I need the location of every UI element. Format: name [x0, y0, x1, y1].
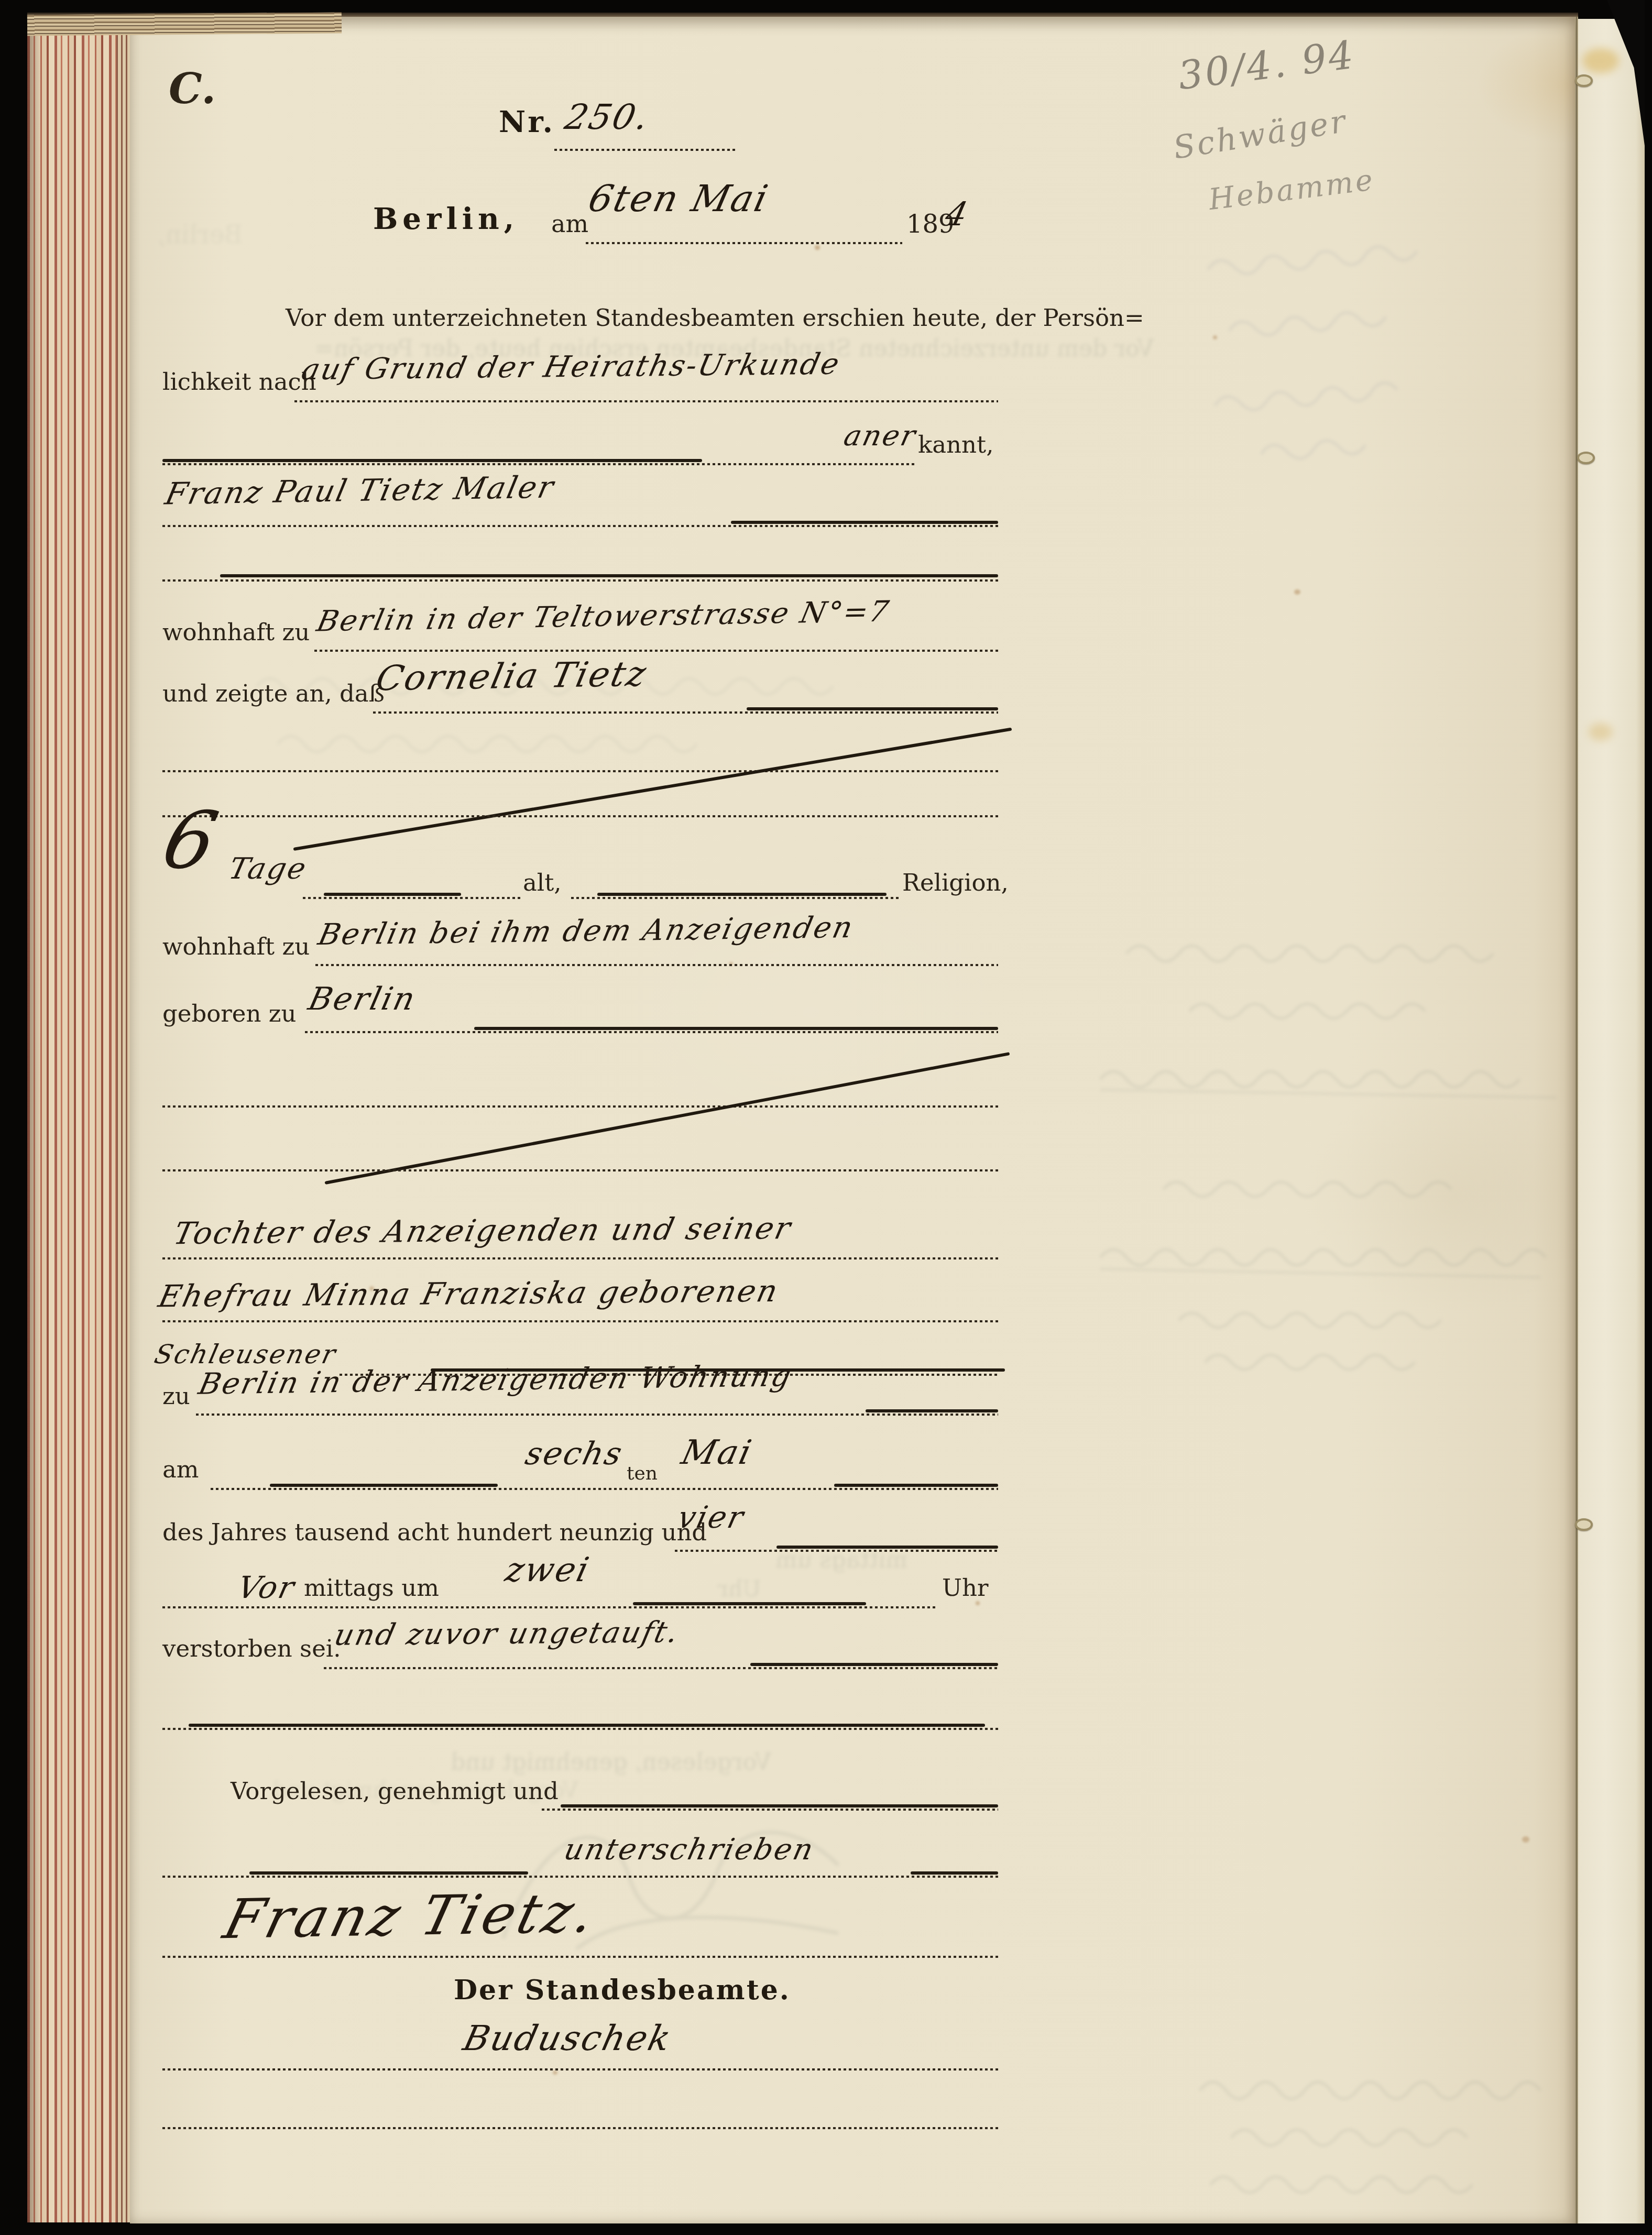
record-number-label: Nr.: [499, 105, 555, 139]
dotted-fill-line: [162, 2127, 998, 2129]
dotted-fill-line: [294, 400, 998, 402]
parents-line1-handwritten: Tochter des Anzeigenden und seiner: [170, 1210, 795, 1251]
dotted-fill-line: [162, 1876, 998, 1878]
death-year-printed: des Jahres tausend acht hundert neunzig …: [162, 1518, 707, 1546]
born-label: geboren zu: [162, 1000, 296, 1027]
death-month-handwritten: Mai: [677, 1433, 756, 1472]
page-stack-top: [27, 12, 342, 36]
died-note-handwritten: und zuvor ungetauft.: [331, 1615, 683, 1652]
bleed-through-handwriting: [1095, 917, 1567, 1378]
identity-proof-handwritten: auf Grund der Heiraths-Urkunde: [299, 347, 844, 387]
page-stain: [1589, 723, 1613, 741]
book-page-edges-inner: [116, 16, 131, 2222]
ink-strike-line: [561, 1804, 998, 1807]
dotted-fill-line: [303, 897, 520, 899]
notify-label: und zeigte an, daß: [162, 680, 385, 707]
closing-printed: Vorgelesen, genehmigt und: [231, 1777, 559, 1805]
born-place-handwritten: Berlin: [305, 981, 420, 1017]
dotted-fill-line: [162, 770, 998, 772]
form-text-line2: lichkeit nach: [162, 368, 316, 396]
ink-strike-line: [866, 1409, 998, 1412]
ink-strike-line: [834, 1484, 998, 1487]
dotted-fill-line: [211, 1488, 998, 1490]
died-printed: verstorben sei.: [162, 1635, 341, 1662]
page-stain: [1582, 48, 1619, 73]
bleed-through-handwriting: [1184, 2054, 1572, 2211]
foxing-spot: [1213, 335, 1217, 339]
dotted-fill-line: [162, 1956, 998, 1958]
binding-stitch: [1575, 74, 1593, 87]
am-label: am: [551, 210, 588, 238]
dotted-fill-line: [542, 1809, 998, 1811]
dotted-fill-line: [162, 1728, 998, 1730]
ink-strike-line: [731, 521, 998, 524]
dotted-fill-line: [571, 897, 900, 899]
ink-strike-line: [220, 574, 998, 577]
death-place-label: zu: [162, 1382, 190, 1410]
foxing-spot: [815, 245, 820, 250]
dotted-fill-line: [162, 1320, 998, 1322]
residence-label: wohnhaft zu: [162, 618, 310, 646]
ink-strike-line: [474, 1027, 998, 1030]
dotted-fill-line: [162, 525, 998, 527]
dotted-fill-line: [675, 1550, 998, 1552]
ink-strike-line: [597, 893, 887, 896]
dotted-fill-line: [324, 1667, 998, 1669]
declarant-name-handwritten: Franz Paul Tietz Maler: [162, 469, 558, 512]
dotted-fill-line: [162, 815, 998, 817]
date-handwritten: 6ten Mai: [585, 177, 773, 220]
dotted-fill-line: [314, 650, 998, 652]
dotted-fill-line: [196, 1414, 998, 1416]
time-mid-printed: mittags um: [304, 1574, 439, 1602]
dotted-fill-line: [162, 2068, 998, 2070]
dotted-fill-line: [162, 1105, 998, 1108]
age-unit-handwritten: Tage: [225, 852, 310, 886]
ink-strike-line: [249, 1871, 528, 1875]
ink-strike-line: [189, 1724, 985, 1727]
bleed-through-text: Berlin,: [157, 220, 243, 249]
ink-strike-line: [776, 1546, 998, 1549]
background-edge: [1645, 0, 1652, 2235]
parents-line2-handwritten: Ehefrau Minna Franziska geborenen: [155, 1273, 782, 1314]
uhr-label: Uhr: [942, 1574, 988, 1602]
ink-strike-line: [324, 893, 461, 896]
book-page-edges-marbled: [27, 16, 130, 2222]
dotted-fill-line: [373, 711, 998, 714]
city-label: Berlin,: [373, 202, 519, 236]
dotted-fill-line: [162, 1257, 998, 1259]
registrar-signature: Buduschek: [460, 2018, 676, 2058]
recognized-suffix-printed: kannt,: [918, 431, 993, 458]
death-day-am-label: am: [162, 1455, 199, 1483]
time-prefix-handwritten: Vor: [234, 1570, 299, 1605]
dotted-fill-line: [315, 964, 998, 966]
recognized-prefix-handwritten: aner: [841, 419, 920, 452]
death-day-handwritten: sechs: [522, 1436, 627, 1472]
dotted-fill-line: [162, 1606, 938, 1608]
registrar-title: Der Standesbeamte.: [454, 1974, 791, 2006]
religion-label: Religion,: [902, 869, 1009, 896]
dotted-fill-line: [586, 242, 902, 244]
dotted-fill-line: [554, 149, 735, 151]
record-number-value: 250.: [561, 97, 654, 137]
ink-strike-line: [911, 1871, 998, 1875]
dotted-fill-line: [162, 1169, 998, 1171]
ink-strike-line: [162, 459, 702, 462]
foxing-spot: [976, 1601, 980, 1605]
deceased-name-handwritten: Cornelia Tietz: [373, 654, 651, 699]
foxing-spot: [553, 2070, 557, 2075]
binding-stitch: [1577, 452, 1595, 464]
foxing-spot: [1522, 1836, 1529, 1843]
ink-strike-line: [747, 707, 998, 710]
bleed-through-text: Uhr: [718, 1576, 761, 1602]
closing-handwritten: unterschrieben: [561, 1833, 818, 1867]
book-scan: { "meta": { "form_letter": "C." }, "penc…: [0, 0, 1652, 2235]
residence2-label: wohnhaft zu: [162, 933, 310, 960]
foxing-spot: [1294, 589, 1300, 595]
time-handwritten: zwei: [501, 1551, 594, 1590]
next-page-edge: [1578, 19, 1646, 2223]
bleed-through-pencil: [1195, 225, 1519, 472]
dotted-fill-line: [162, 579, 998, 582]
ten-suffix-label: ten: [627, 1463, 658, 1484]
dotted-fill-line: [162, 463, 914, 465]
form-text-line1: Vor dem unterzeichneten Standesbeamten e…: [286, 304, 1144, 332]
form-letter: C.: [169, 64, 216, 113]
ink-strike-line: [633, 1602, 866, 1605]
dotted-fill-line: [305, 1031, 998, 1033]
death-year-handwritten: vier: [674, 1499, 748, 1535]
parents-maiden-name-handwritten: Schleusener: [151, 1339, 340, 1370]
ink-strike-line: [750, 1663, 998, 1666]
binding-stitch: [1575, 1518, 1593, 1531]
bleed-through-text: Vorgelesen, genehmigt und: [451, 1749, 771, 1776]
ink-strike-line: [270, 1484, 498, 1487]
declarant-signature: Franz Tietz.: [217, 1881, 604, 1951]
alt-label: alt,: [523, 869, 562, 896]
